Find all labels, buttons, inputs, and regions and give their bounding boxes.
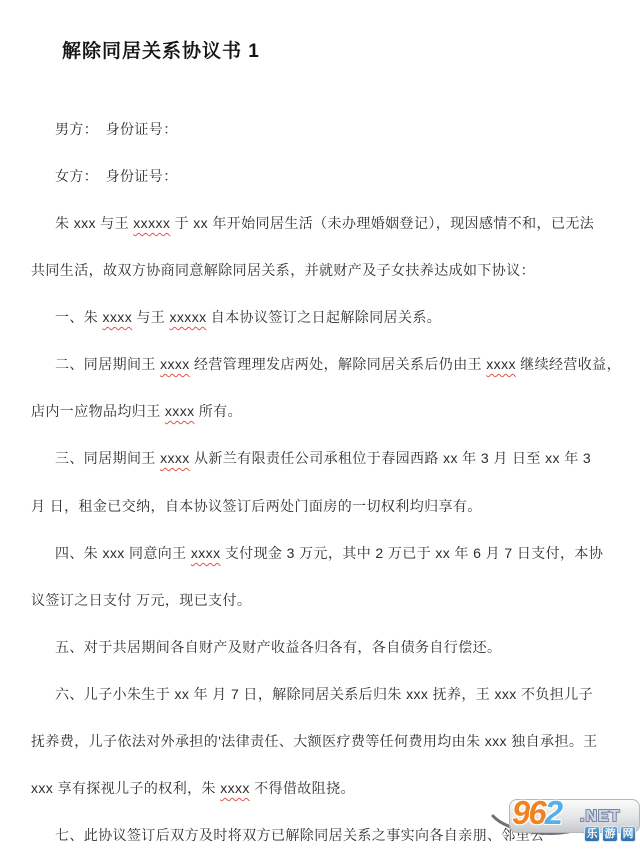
document-line: 共同生活，故双方协商同意解除同居关系，并就财产及子女扶养达成如下协议：	[31, 262, 535, 279]
line-text: 继续经营收益，	[516, 356, 621, 372]
line-text: 所有。	[195, 403, 243, 419]
line-text: xxx 享有探视儿子的权利，朱	[31, 780, 220, 796]
spellcheck-squiggle-text: xxxx	[103, 309, 133, 325]
document-line: 五、对于共居期间各自财产及财产收益各归各有，各自债务自行偿还。	[55, 639, 501, 656]
site-name-tile: 游	[602, 826, 618, 842]
spellcheck-squiggle-text: xxxx	[160, 356, 190, 372]
document-line: 二、同居期间王 xxxx 经营管理理发店两处，解除同居关系后仍由王 xxxx 继…	[55, 356, 621, 373]
line-text: 一、朱	[55, 309, 103, 325]
line-text: 不得借故阻挠。	[250, 780, 355, 796]
line-text: 月 日，租金已交纳，自本协议签订后两处门面房的一切权利均归享有。	[31, 498, 482, 514]
line-text: 抚养费，儿子依法对外承担的'法律责任、大额医疗费等任何费用均由朱 xxx 独自承…	[31, 733, 598, 749]
line-text: 二、同居期间王	[55, 356, 160, 372]
document-page: 解除同居关系协议书 1 男方： 身份证号：女方： 身份证号：朱 xxx 与王 x…	[0, 0, 640, 850]
spellcheck-squiggle-text: xxxx	[220, 780, 250, 796]
line-text: 男方： 身份证号：	[55, 121, 178, 137]
logo-digit: 9	[512, 794, 528, 831]
document-line: 抚养费，儿子依法对外承担的'法律责任、大额医疗费等任何费用均由朱 xxx 独自承…	[31, 733, 598, 750]
line-text: 女方： 身份证号：	[55, 168, 178, 184]
line-text: 自本协议签订之日起解除同居关系。	[207, 309, 442, 325]
line-text: 三、同居期间王	[55, 450, 160, 466]
logo-net-text: .NET	[580, 808, 620, 826]
spellcheck-squiggle-text: xxxx	[486, 356, 516, 372]
line-text: 经营管理理发店两处，解除同居关系后仍由王	[190, 356, 487, 372]
line-text: 朱 xxx 与王	[55, 215, 133, 231]
line-text: 共同生活，故双方协商同意解除同居关系，并就财产及子女扶养达成如下协议：	[31, 262, 535, 278]
document-line: 男方： 身份证号：	[55, 121, 178, 138]
line-text: 五、对于共居期间各自财产及财产收益各归各有，各自债务自行偿还。	[55, 639, 501, 655]
document-line: 月 日，租金已交纳，自本协议签订后两处门面房的一切权利均归享有。	[31, 498, 482, 515]
document-line: 店内一应物品均归王 xxxx 所有。	[31, 403, 242, 420]
document-line: 女方： 身份证号：	[55, 168, 178, 185]
logo-digit: 6	[528, 794, 544, 831]
line-text: 与王	[132, 309, 169, 325]
document-line: 六、儿子小朱生于 xx 年 月 7 日，解除同居关系后归朱 xxx 抚养，王 x…	[55, 686, 593, 703]
line-text: 议签订之日支付 万元，现已支付。	[31, 592, 251, 608]
document-line: 四、朱 xxx 同意向王 xxxx 支付现金 3 万元，其中 2 万已于 xx …	[55, 545, 603, 562]
logo-site-name: 乐游网	[584, 826, 636, 842]
line-text: 六、儿子小朱生于 xx 年 月 7 日，解除同居关系后归朱 xxx 抚养，王 x…	[55, 686, 593, 702]
document-line: xxx 享有探视儿子的权利，朱 xxxx 不得借故阻挠。	[31, 780, 355, 797]
document-line: 一、朱 xxxx 与王 xxxxx 自本协议签订之日起解除同居关系。	[55, 309, 441, 326]
document-line: 朱 xxx 与王 xxxxx 于 xx 年开始同居生活（未办理婚姻登记），现因感…	[55, 215, 594, 232]
document-line: 三、同居期间王 xxxx 从新兰有限责任公司承租位于春园西路 xx 年 3 月 …	[55, 450, 591, 467]
line-text: 支付现金 3 万元，其中 2 万已于 xx 年 6 月 7 日支付，本协	[220, 545, 603, 561]
document-title: 解除同居关系协议书 1	[62, 36, 260, 63]
logo-962-text: 962	[512, 795, 561, 831]
site-name-tile: 乐	[584, 826, 600, 842]
line-text: 从新兰有限责任公司承租位于春园西路 xx 年 3 月 日至 xx 年 3	[190, 450, 591, 466]
spellcheck-squiggle-text: xxxx	[165, 403, 195, 419]
site-name-tile: 网	[620, 826, 636, 842]
line-text: 四、朱 xxx 同意向王	[55, 545, 191, 561]
logo-digit: 2	[545, 794, 561, 831]
document-line: 议签订之日支付 万元，现已支付。	[31, 592, 251, 609]
spellcheck-squiggle-text: xxxxx	[133, 215, 170, 231]
spellcheck-squiggle-text: xxxxx	[170, 309, 207, 325]
962net-watermark-logo: 962 .NET 乐游网	[507, 798, 640, 848]
line-text: 于 xx 年开始同居生活（未办理婚姻登记），现因感情不和，已无法	[170, 215, 594, 231]
spellcheck-squiggle-text: xxxx	[191, 545, 221, 561]
spellcheck-squiggle-text: xxxx	[160, 450, 190, 466]
line-text: 店内一应物品均归王	[31, 403, 165, 419]
